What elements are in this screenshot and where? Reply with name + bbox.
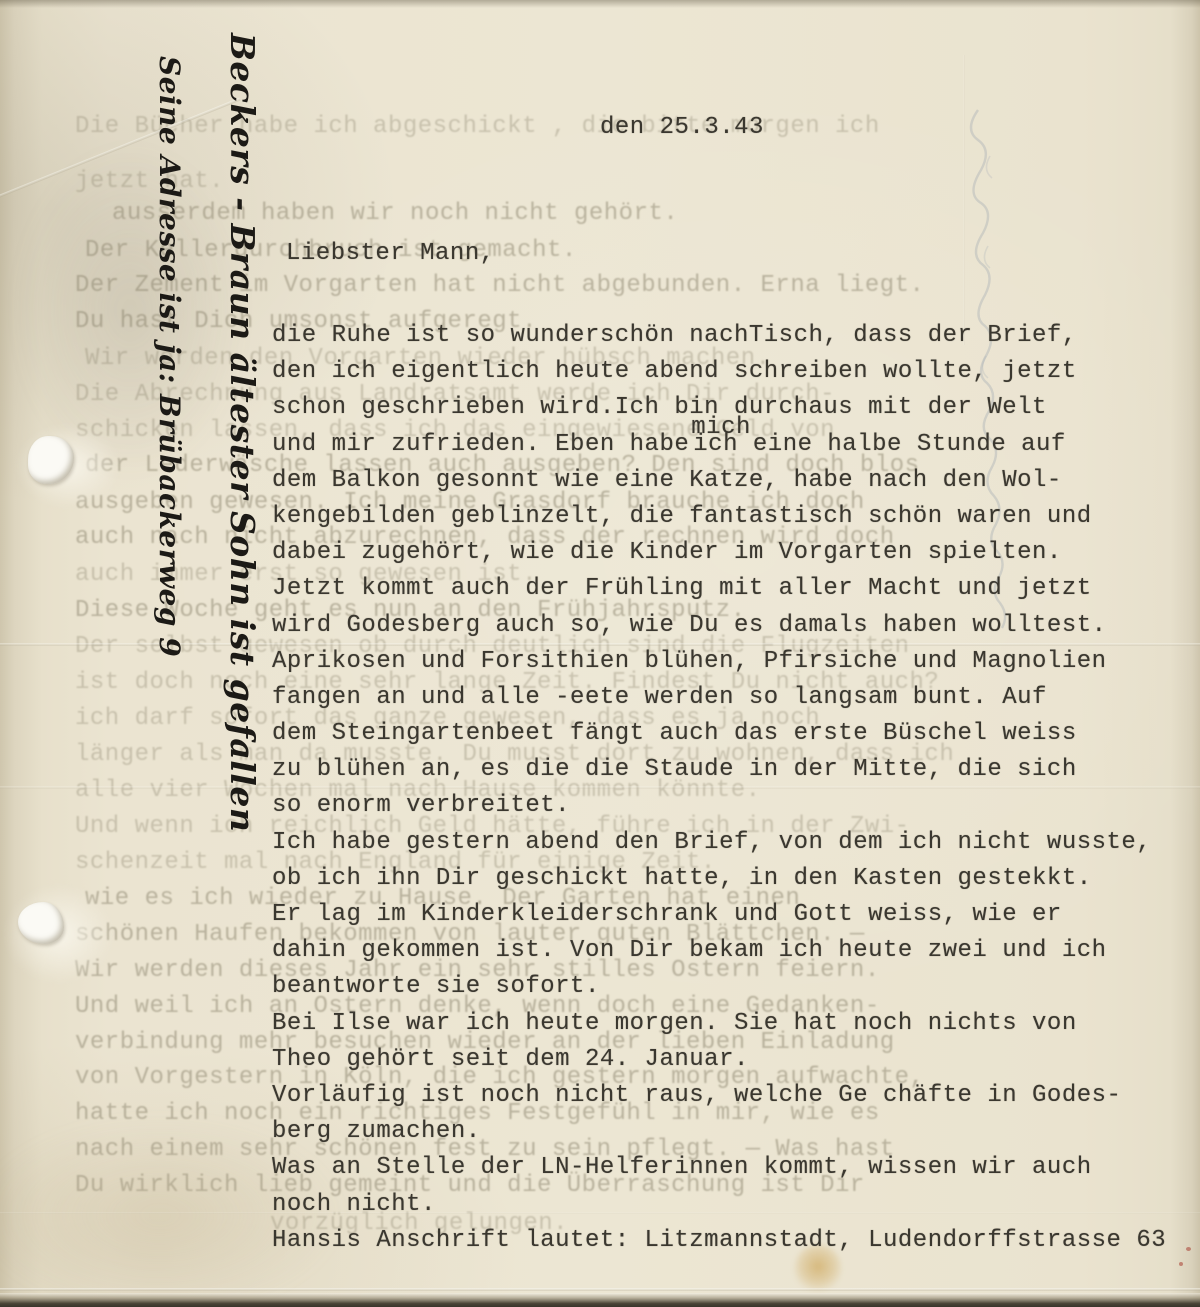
paper-edge-shadow (0, 0, 1200, 8)
date-line: den 25.3.43 (600, 114, 764, 141)
typed-line: beantworte sie sofort. (272, 969, 1166, 1005)
bleedthrough-line: jetzt hat. (75, 168, 224, 195)
typed-line: zu blühen an, es die die Staude in der M… (272, 752, 1166, 788)
typed-line: Aprikosen und Forsithien blühen, Pfirsic… (272, 644, 1166, 680)
typed-line: und mir zufrieden. Eben habemichich eine… (272, 427, 1166, 463)
typed-line: noch nicht. (272, 1187, 1166, 1223)
typed-line: ob ich ihn Dir geschickt hatte, in den K… (272, 861, 1166, 897)
typed-line: dahin gekommen ist. Von Dir bekam ich he… (272, 933, 1166, 969)
typed-line: wird Godesberg auch so, wie Du es damals… (272, 608, 1166, 644)
typed-line: Er lag im Kinderkleiderschrank und Gott … (272, 897, 1166, 933)
typed-line: berg zumachen. (272, 1114, 1166, 1150)
typed-line: Jetzt kommt auch der Frühling mit aller … (272, 571, 1166, 607)
typed-line: Theo gehört seit dem 24. Januar. (272, 1042, 1166, 1078)
typed-line: Ich habe gestern abend den Brief, von de… (272, 825, 1166, 861)
bleedthrough-line: ausserdem haben wir noch nicht gehört. (112, 200, 678, 227)
paper-speck (1179, 1262, 1183, 1266)
typed-line: dem Steingartenbeet fängt auch das erste… (272, 716, 1166, 752)
typed-line: den ich eigentlich heute abend schreiben… (272, 354, 1166, 390)
typed-line: Vorläufig ist noch nicht raus, welche Ge… (272, 1078, 1166, 1114)
letter-page: Die Bücher habe ich abgeschickt , die bi… (0, 0, 1200, 1307)
salutation: Liebster Mann, (286, 240, 495, 267)
typed-line: Was an Stelle der LN-Helferinnen kommt, … (272, 1150, 1166, 1186)
typed-line: dabei zugehört, wie die Kinder im Vorgar… (272, 535, 1166, 571)
bleedthrough-line: Der Zement im Vorgarten hat nicht abgebu… (75, 272, 924, 299)
typed-line: dem Balkon gesonnt wie eine Katze, habe … (272, 463, 1166, 499)
typed-line: Bei Ilse war ich heute morgen. Sie hat n… (272, 1006, 1166, 1042)
typed-line: so enorm verbreitet. (272, 788, 1166, 824)
letter-body: die Ruhe ist so wunderschön nachTisch, d… (272, 318, 1166, 1259)
typed-line: die Ruhe ist so wunderschön nachTisch, d… (272, 318, 1166, 354)
typed-line: Hansis Anschrift lautet: Litzmannstadt, … (272, 1223, 1166, 1259)
inserted-word: michich (693, 427, 738, 463)
typed-line: fangen an und alle -eete werden so langs… (272, 680, 1166, 716)
handwritten-note-address: Seine Adresse ist ja: Brübackerweg 9 (153, 56, 186, 657)
typed-line: kengebilden geblinzelt, die fantastisch … (272, 499, 1166, 535)
handwritten-note-main: Beckers - Braun ältester Sohn ist gefall… (223, 33, 262, 832)
paper-speck (1186, 1247, 1191, 1251)
paper-edge-shadow (0, 1293, 1200, 1307)
